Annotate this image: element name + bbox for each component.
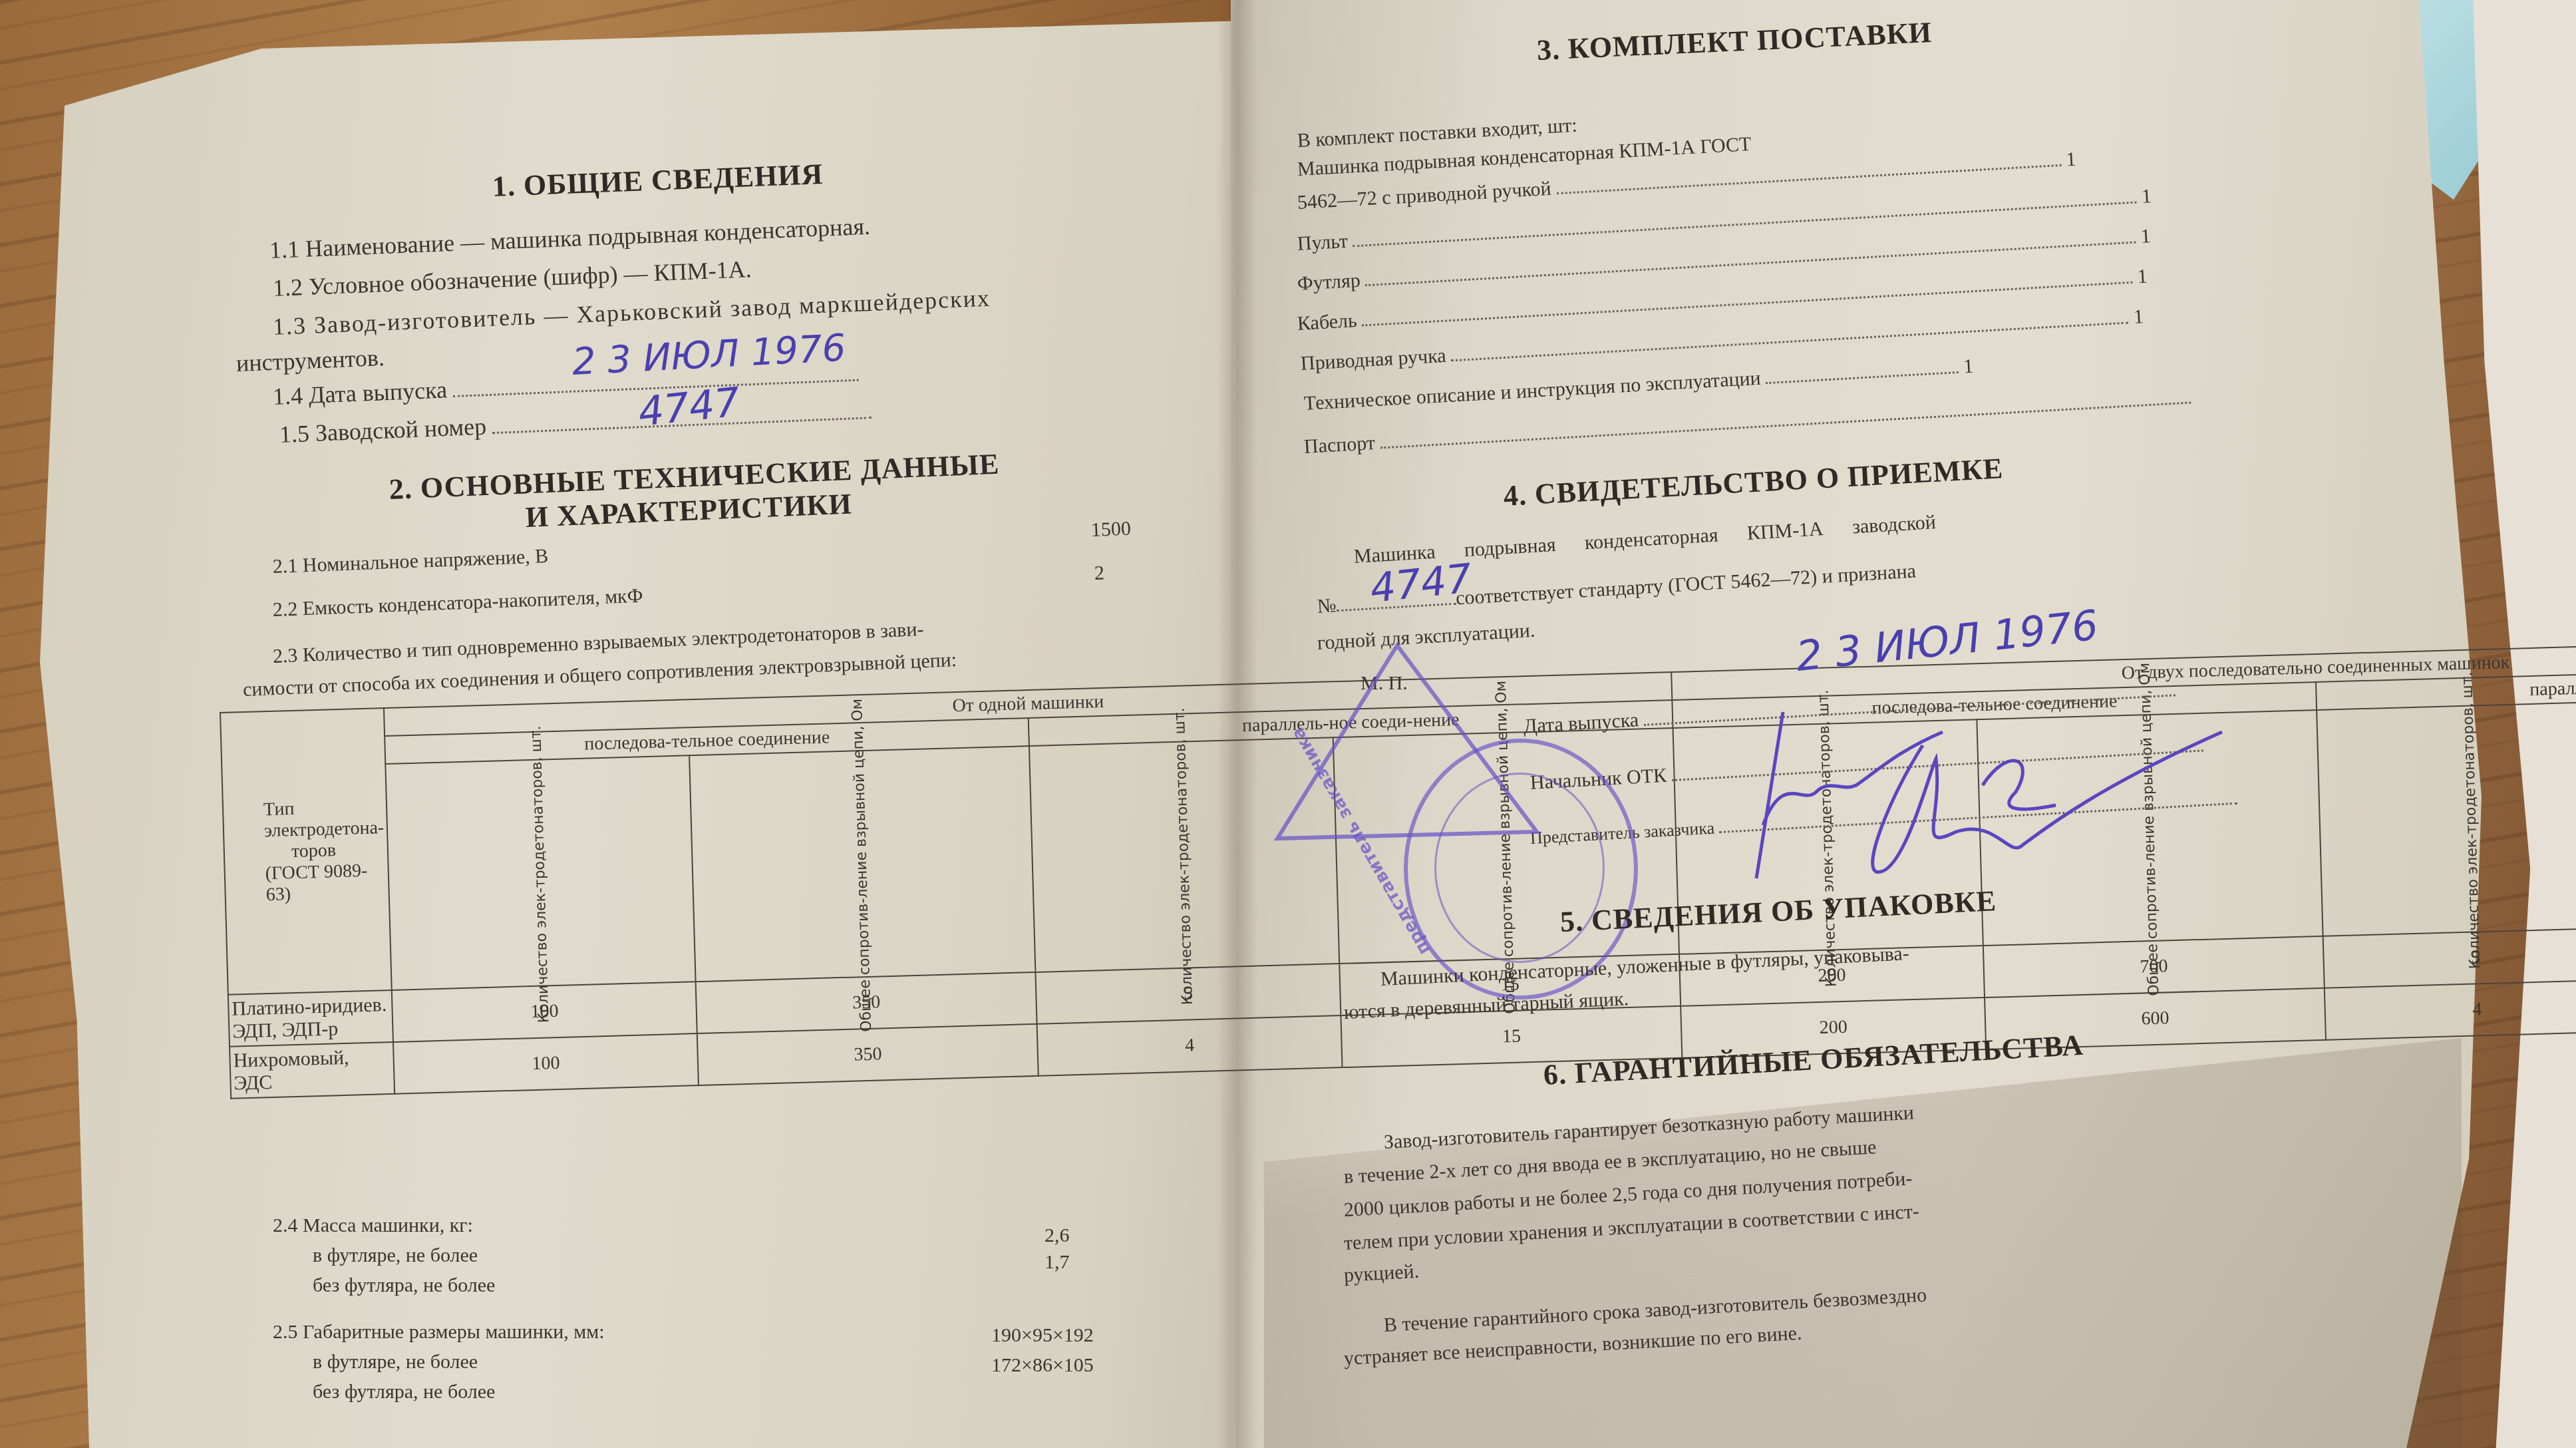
dims-no-case-label: без футляра, не более — [313, 1381, 495, 1403]
mass-in-case-label: в футляре, не более — [313, 1244, 478, 1267]
mass-label: 2.4 Масса машинки, кг: — [273, 1214, 473, 1237]
mass-no-case-label: без футляра, не более — [313, 1274, 495, 1297]
dimensions-label: 2.5 Габаритные размеры машинки, мм: — [273, 1321, 605, 1344]
mass-in-case-value: 2,6 — [1045, 1224, 1070, 1247]
col-count: Количество элек-тродетонаторов, шт. — [2317, 701, 2576, 936]
signature-customer — [1850, 719, 2249, 892]
capacity-value: 2 — [1094, 562, 1104, 585]
dims-in-case-label: в футляре, не более — [313, 1351, 478, 1373]
type-header: Тип электродетона- торов (ГОСТ 9089-63) — [220, 708, 392, 995]
warranty-p1-l5: рукцией. — [1343, 1260, 1420, 1287]
item-1-3-cont: инструментов. — [236, 343, 385, 377]
dims-in-case-value: 190×95×192 — [991, 1324, 1094, 1347]
mass-no-case-value: 1,7 — [1045, 1251, 1070, 1274]
dims-no-case-value: 172×86×105 — [991, 1354, 1094, 1377]
voltage-value: 1500 — [1090, 518, 1131, 542]
col-resistance: Общее сопротив-ление взрывной цепи, Ом — [689, 746, 1035, 982]
col-count: Количество элек-тродетонаторов, шт. — [385, 755, 695, 990]
